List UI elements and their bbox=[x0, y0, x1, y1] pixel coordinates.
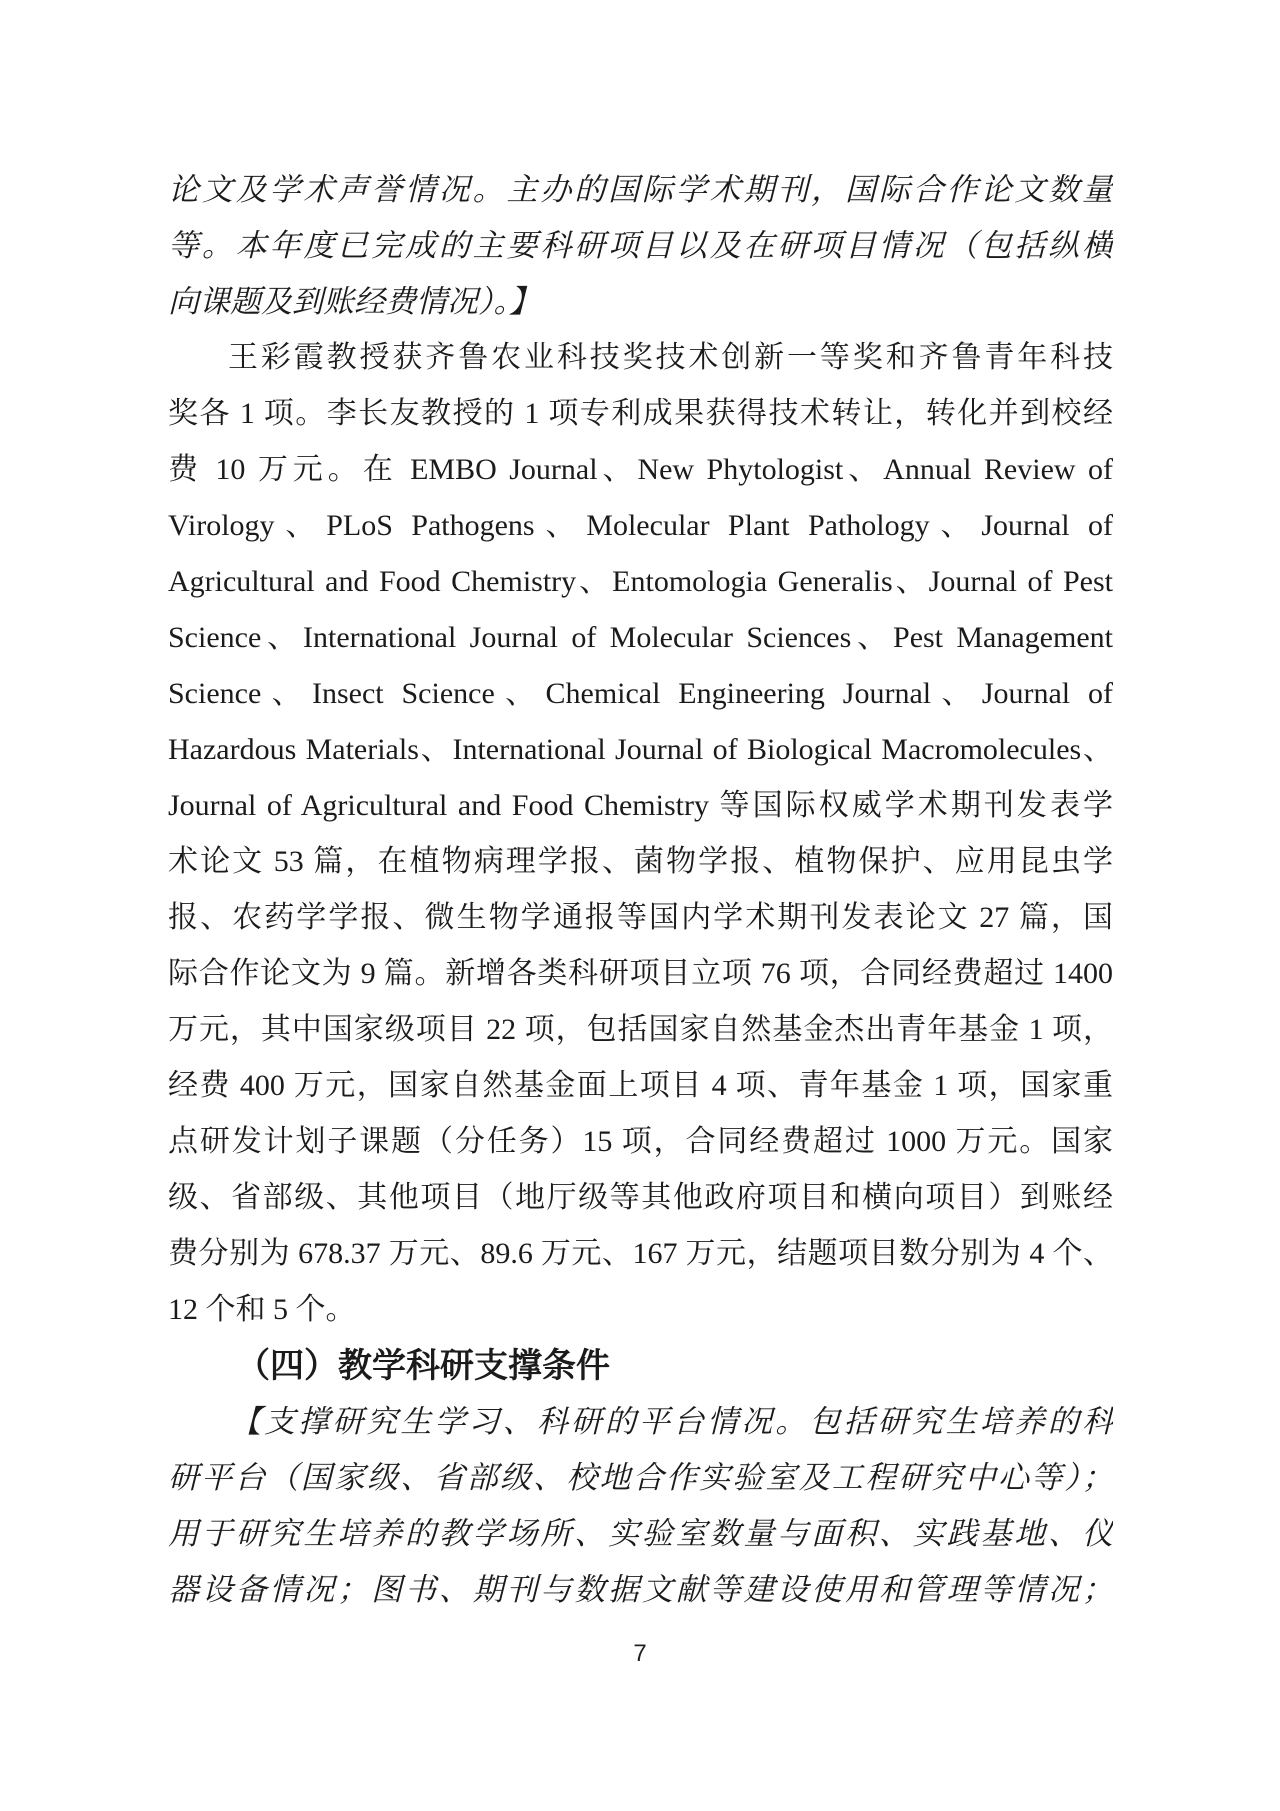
section-heading-block: （四）教学科研支撑条件 bbox=[168, 1338, 1113, 1394]
text-line: 【支撑研究生学习、科研的平台情况。包括研究生培养的科 bbox=[168, 1394, 1113, 1450]
paragraph-annotation: 【支撑研究生学习、科研的平台情况。包括研究生培养的科 研平台（国家级、省部级、校… bbox=[168, 1394, 1113, 1618]
text-line: Virology、PLoS Pathogens、Molecular Plant … bbox=[168, 498, 1113, 554]
text-line: 论文及学术声誉情况。主办的国际学术期刊，国际合作论文数量 bbox=[168, 162, 1113, 218]
text-line: 万元，其中国家级项目 22 项，包括国家自然基金杰出青年基金 1 项， bbox=[168, 1002, 1113, 1058]
document-page: 论文及学术声誉情况。主办的国际学术期刊，国际合作论文数量 等。本年度已完成的主要… bbox=[0, 0, 1280, 1811]
text-line: 王彩霞教授获齐鲁农业科技奖技术创新一等奖和齐鲁青年科技 bbox=[168, 330, 1113, 386]
text-line: 用于研究生培养的教学场所、实验室数量与面积、实践基地、仪 bbox=[168, 1506, 1113, 1562]
paragraph-annotation-continued: 论文及学术声誉情况。主办的国际学术期刊，国际合作论文数量 等。本年度已完成的主要… bbox=[168, 162, 1113, 330]
page-number: 7 bbox=[0, 1636, 1280, 1672]
section-heading: （四）教学科研支撑条件 bbox=[168, 1338, 1113, 1394]
text-line: Science、International Journal of Molecul… bbox=[168, 610, 1113, 666]
text-line: Journal of Agricultural and Food Chemist… bbox=[168, 778, 1113, 834]
text-line: 器设备情况；图书、期刊与数据文献等建设使用和管理等情况； bbox=[168, 1562, 1113, 1618]
paragraph-body: 王彩霞教授获齐鲁农业科技奖技术创新一等奖和齐鲁青年科技 奖各 1 项。李长友教授… bbox=[168, 330, 1113, 1338]
text-line: 等。本年度已完成的主要科研项目以及在研项目情况（包括纵横 bbox=[168, 218, 1113, 274]
text-line: 报、农药学学报、微生物学通报等国内学术期刊发表论文 27 篇，国 bbox=[168, 890, 1113, 946]
text-line: 级、省部级、其他项目（地厅级等其他政府项目和横向项目）到账经 bbox=[168, 1170, 1113, 1226]
text-line: 费分别为 678.37 万元、89.6 万元、167 万元，结题项目数分别为 4… bbox=[168, 1226, 1113, 1282]
text-line: 点研发计划子课题（分任务）15 项，合同经费超过 1000 万元。国家 bbox=[168, 1114, 1113, 1170]
text-line: Agricultural and Food Chemistry、Entomolo… bbox=[168, 554, 1113, 610]
text-line: 12 个和 5 个。 bbox=[168, 1282, 1113, 1338]
text-line: 术论文 53 篇，在植物病理学报、菌物学报、植物保护、应用昆虫学 bbox=[168, 834, 1113, 890]
text-line: 向课题及到账经费情况）。】 bbox=[168, 274, 1113, 330]
text-line: 费 10 万元。在 EMBO Journal、New Phytologist、A… bbox=[168, 442, 1113, 498]
text-line: 奖各 1 项。李长友教授的 1 项专利成果获得技术转让，转化并到校经 bbox=[168, 386, 1113, 442]
text-line: 经费 400 万元，国家自然基金面上项目 4 项、青年基金 1 项，国家重 bbox=[168, 1058, 1113, 1114]
text-content: 论文及学术声誉情况。主办的国际学术期刊，国际合作论文数量 等。本年度已完成的主要… bbox=[168, 162, 1113, 1618]
text-line: 际合作论文为 9 篇。新增各类科研项目立项 76 项，合同经费超过 1400 bbox=[168, 946, 1113, 1002]
text-line: Hazardous Materials、International Journa… bbox=[168, 722, 1113, 778]
text-line: 研平台（国家级、省部级、校地合作实验室及工程研究中心等）； bbox=[168, 1450, 1113, 1506]
text-line: Science、Insect Science、Chemical Engineer… bbox=[168, 666, 1113, 722]
